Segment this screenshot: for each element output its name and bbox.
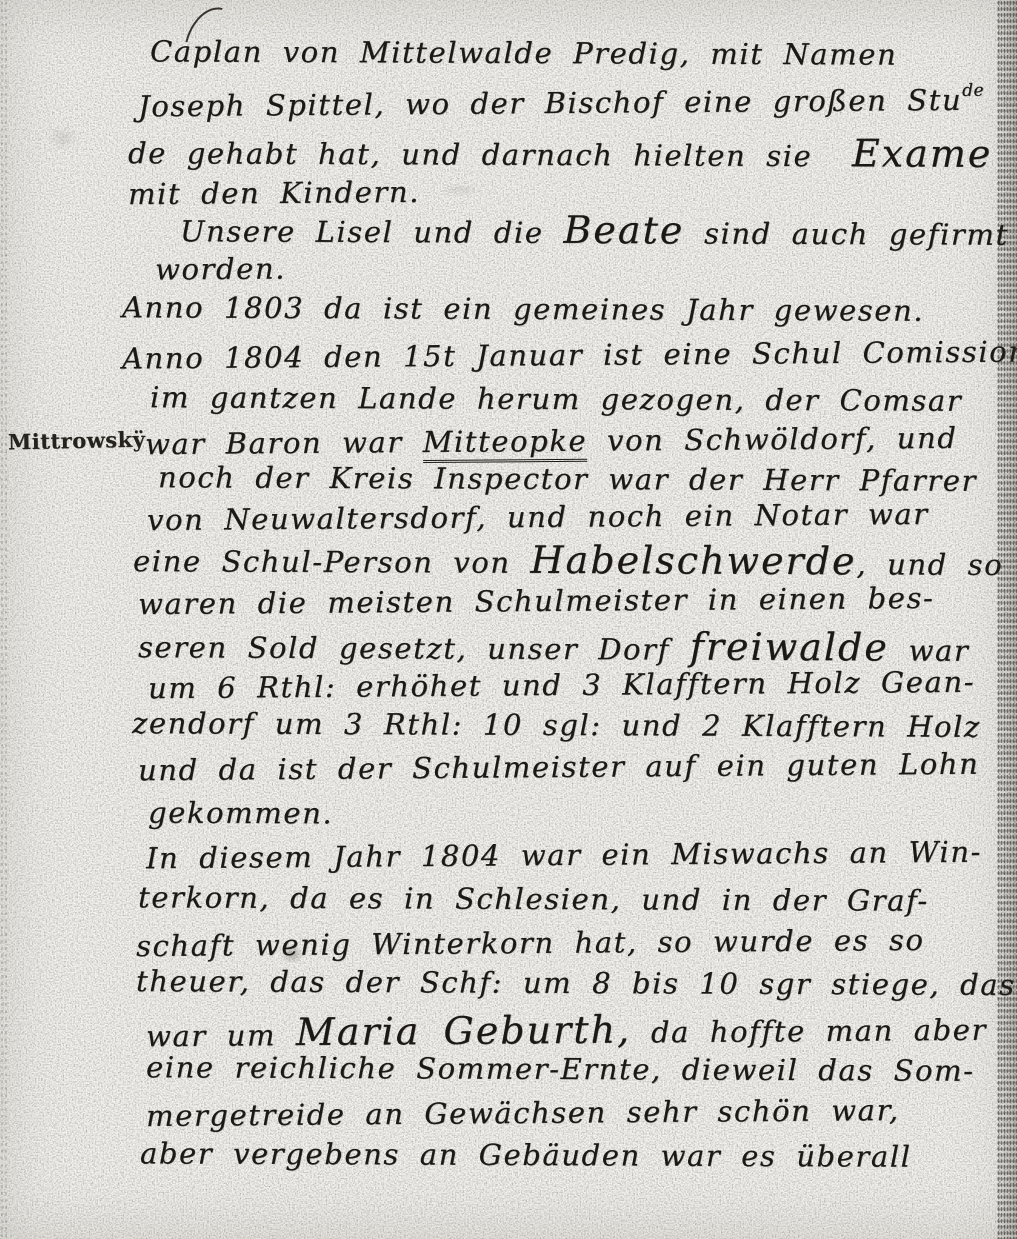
manuscript-line-27: aber vergebens an Gebäuden war es überal… <box>140 1136 912 1173</box>
manuscript-line-18: und da ist der Schulmeister auf ein gute… <box>138 747 980 788</box>
line-10-text: war Baron war <box>145 425 423 461</box>
manuscript-line-05: Unsere Lisel und die Beate sind auch gef… <box>180 206 1009 254</box>
manuscript-line-24: war um Maria Geburth, da hoffte man aber <box>146 1005 987 1056</box>
margin-annotation: Mittrowskÿ <box>8 427 146 455</box>
line-02-superscript: de <box>962 81 984 101</box>
manuscript-line-03: de gehabt hat, und darnach hielten sie E… <box>128 128 992 176</box>
line-13-text: eine Schul-Person von <box>133 544 531 580</box>
line-05-text: Unsere Lisel und die <box>180 214 564 250</box>
line-15-emphasis-freiwalde: freiwalde <box>690 625 889 670</box>
manuscript-line-12: von Neuwaltersdorf, und noch ein Notar w… <box>147 497 929 537</box>
line-05-emphasis-beate: Beate <box>563 208 684 253</box>
manuscript-page: Mittrowskÿ Caplan von Mittelwalde Predig… <box>0 0 1017 1239</box>
paper-smudge <box>430 180 490 200</box>
manuscript-line-14: waren die meisten Schulmeister in einen … <box>138 581 935 621</box>
paper-smudge <box>40 120 86 156</box>
line-15-text-after: war <box>889 633 970 667</box>
manuscript-line-15: seren Sold gesetzt, unser Dorf freiwalde… <box>138 622 970 670</box>
line-24-text-after: da hoffte man aber <box>631 1013 987 1050</box>
line-02-text: Joseph Spittel, wo der Bischof eine groß… <box>138 83 962 123</box>
manuscript-line-08: Anno 1804 den 15t Januar ist eine Schul … <box>122 334 1017 375</box>
manuscript-line-09: im gantzen Lande herum gezogen, der Coms… <box>150 380 962 418</box>
line-05-text-after: sind auch gefirmt <box>684 216 1009 251</box>
line-10-underlined-name: Mitteopke <box>422 424 587 463</box>
manuscript-line-16: um 6 Rthl: erhöhet und 3 Klafftern Holz … <box>148 665 975 705</box>
manuscript-line-13: eine Schul-Person von Habelschwerde, und… <box>133 536 1003 584</box>
manuscript-line-11: noch der Kreis Inspector war der Herr Pf… <box>158 460 977 498</box>
manuscript-line-01: Caplan von Mittelwalde Predig, mit Namen <box>150 34 897 71</box>
manuscript-line-25: eine reichliche Sommer-Ernte, dieweil da… <box>146 1050 975 1088</box>
manuscript-line-26: mergetreide an Gewächsen sehr schön war, <box>146 1093 900 1133</box>
manuscript-line-19: gekommen. <box>148 796 333 831</box>
manuscript-line-21: terkorn, da es in Schlesien, und in der … <box>138 880 929 917</box>
line-24-text: war um <box>146 1018 296 1053</box>
line-03-text: de gehabt hat, und darnach hielten sie <box>128 136 852 173</box>
manuscript-line-22: schaft wenig Winterkorn hat, so wurde es… <box>136 923 925 963</box>
line-15-text: seren Sold gesetzt, unser Dorf <box>138 630 690 666</box>
manuscript-line-17: zendorf um 3 Rthl: 10 sgl: und 2 Klaffte… <box>132 706 981 744</box>
line-13-text-after: , und so <box>856 547 1003 582</box>
scan-edge-right <box>997 0 1017 1239</box>
line-24-emphasis-maria-geburth: Maria Geburth, <box>296 1007 632 1054</box>
scan-edge-left <box>0 0 8 1239</box>
manuscript-line-20: In diesem Jahr 1804 war ein Miswachs an … <box>146 835 982 876</box>
line-03-emphasis-exame: Exame <box>852 131 993 176</box>
manuscript-line-10: war Baron war Mitteopke von Schwöldorf, … <box>145 421 958 461</box>
line-10-text-after: von Schwöldorf, und <box>587 421 958 458</box>
line-13-emphasis-habelschwerde: Habelschwerde <box>530 538 856 583</box>
manuscript-line-02: Joseph Spittel, wo der Bischof eine groß… <box>138 81 984 124</box>
manuscript-line-07: Anno 1803 da ist ein gemeines Jahr gewes… <box>122 290 924 327</box>
manuscript-line-06: worden. <box>155 251 286 286</box>
manuscript-line-23: theuer, das der Schf: um 8 bis 10 sgr st… <box>136 964 1016 1002</box>
